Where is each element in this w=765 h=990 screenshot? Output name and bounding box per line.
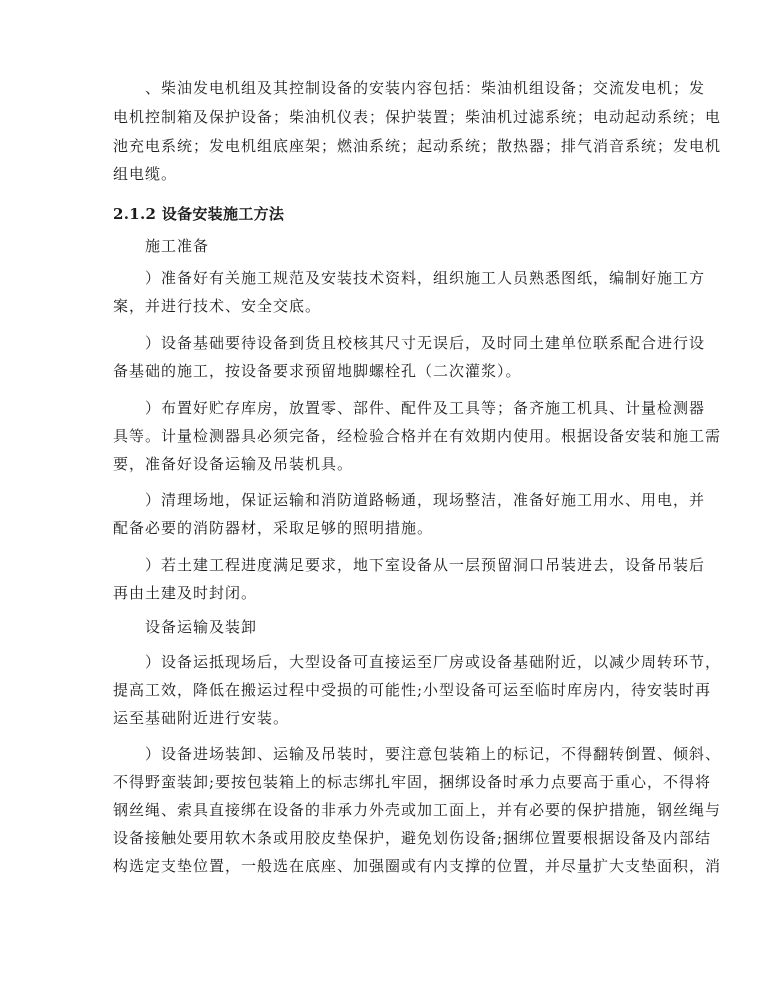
paragraph-line: 配备必要的消防器材，采取足够的照明措施。 <box>113 518 433 538</box>
paragraph-line: 不得野蛮装卸;要按包装箱上的标志绑扎牢固，捆绑设备时承力点要高于重心，不得将 <box>113 772 711 792</box>
paragraph-line: 运至基础附近进行安装。 <box>113 708 289 728</box>
paragraph-line: ）布置好贮存库房，放置零、部件、配件及工具等；备齐施工机具、计量检测器 <box>145 398 705 418</box>
subsection-title: 施工准备 <box>145 236 209 256</box>
paragraph-line: ）设备进场装卸、运输及吊装时，要注意包装箱上的标记，不得翻转倒置、倾斜、 <box>145 744 721 764</box>
paragraph-line: 提高工效，降低在搬运过程中受损的可能性;小型设备可运至临时库房内，待安装时再 <box>113 680 711 700</box>
paragraph-line: 具等。计量检测器具必须完备，经检验合格并在有效期内使用。根据设备安装和施工需 <box>113 426 721 446</box>
paragraph-line: 要，准备好设备运输及吊装机具。 <box>113 454 353 474</box>
section-heading: 2.1.2 设备安装施工方法 <box>113 204 284 224</box>
paragraph-line: 设备接触处要用软木条或用胶皮垫保护，避免划伤设备;捆绑位置要根据设备及内部结 <box>113 828 711 848</box>
paragraph-line: ）清理场地，保证运输和消防道路畅通，现场整洁，准备好施工用水、用电，并 <box>145 490 705 510</box>
paragraph-line: 再由土建及时封闭。 <box>113 583 257 603</box>
paragraph-line: 案，并进行技术、安全交底。 <box>113 296 321 316</box>
paragraph-line: 、柴油发电机组及其控制设备的安装内容包括：柴油机组设备；交流发电机；发 <box>145 78 705 98</box>
paragraph-line: 池充电系统；发电机组底座架；燃油系统；起动系统；散热器；排气消音系统；发电机 <box>113 136 721 156</box>
paragraph-line: 钢丝绳、索具直接绑在设备的非承力外壳或加工面上，并有必要的保护措施，钢丝绳与 <box>113 800 721 820</box>
paragraph-line: ）设备运抵现场后，大型设备可直接运至厂房或设备基础附近，以减少周转环节， <box>145 652 721 672</box>
paragraph-line: ）准备好有关施工规范及安装技术资料，组织施工人员熟悉图纸，编制好施工方 <box>145 268 705 288</box>
paragraph-line: 组电缆。 <box>113 164 177 184</box>
paragraph-line: ）若土建工程进度满足要求，地下室设备从一层预留洞口吊装进去，设备吊装后 <box>145 555 705 575</box>
paragraph-line: ）设备基础要待设备到货且校核其尺寸无误后，及时同土建单位联系配合进行设 <box>145 333 705 353</box>
paragraph-line: 备基础的施工，按设备要求预留地脚螺栓孔（二次灌浆）。 <box>113 361 522 381</box>
subsection-title: 设备运输及装卸 <box>145 617 257 637</box>
paragraph-line: 构选定支垫位置，一般选在底座、加强圈或有内支撑的位置，并尽量扩大支垫面积，消 <box>113 856 721 876</box>
paragraph-line: 电机控制箱及保护设备；柴油机仪表；保护装置；柴油机过滤系统；电动起动系统；电 <box>113 107 721 127</box>
